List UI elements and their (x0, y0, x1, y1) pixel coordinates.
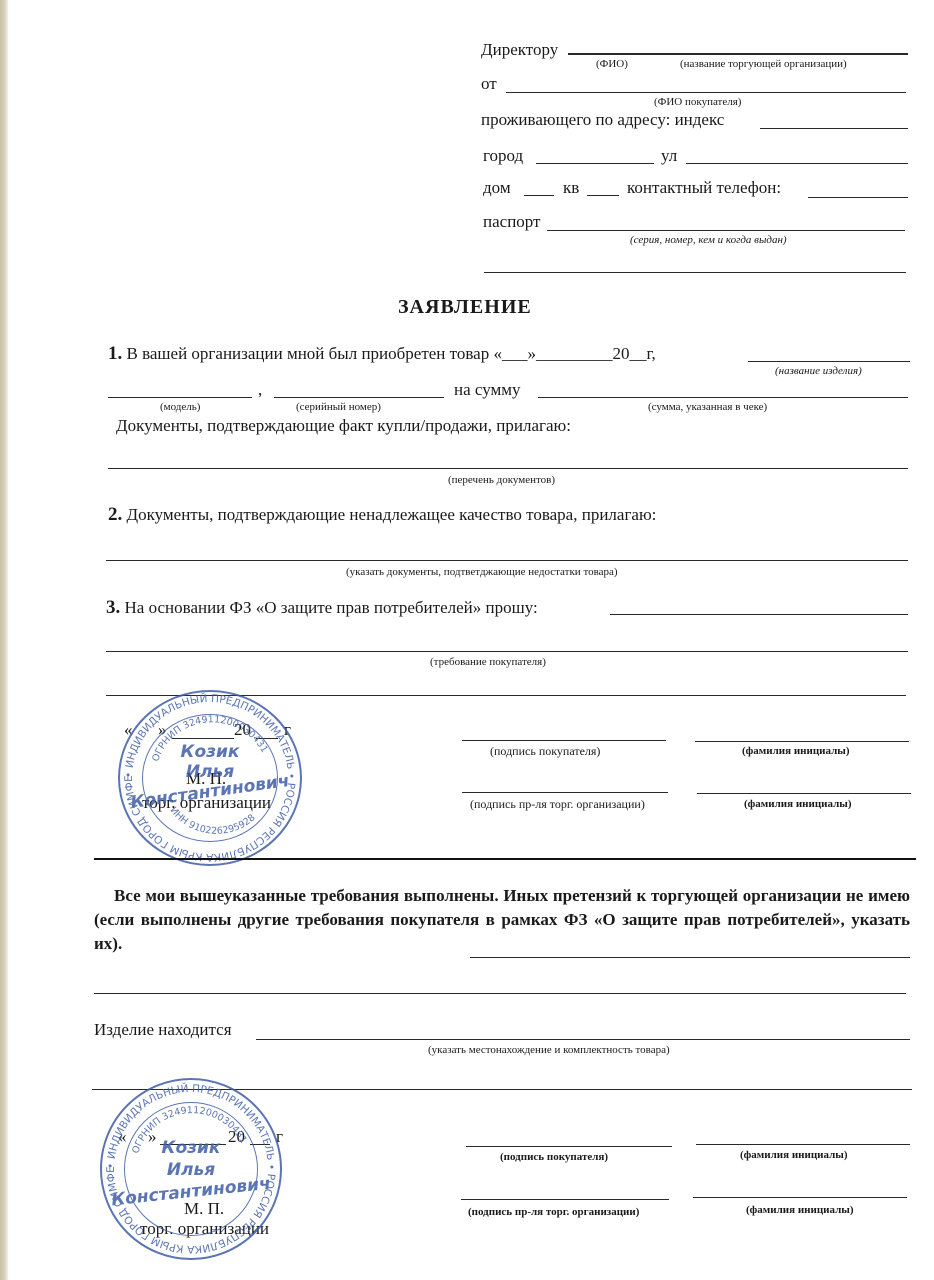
model-caption: (модель) (160, 401, 200, 413)
seal-stamp-2: • ИНДИВИДУАЛЬНЫЙ ПРЕДПРИНИМАТЕЛЬ • РОССИ… (100, 1078, 282, 1260)
buyer-name-field-1[interactable] (695, 741, 909, 742)
section3-text: 3. На основании ФЗ «О защите прав потреб… (106, 597, 538, 619)
org-signature-field-1[interactable] (462, 792, 668, 793)
seal-name-line1: Козик (102, 1138, 280, 1158)
section2-text: 2. Документы, подтверждающие ненадлежаще… (108, 504, 656, 526)
quality-docs-caption: (указать документы, подтветджающие недос… (346, 566, 618, 578)
buyer-name-field-2[interactable] (696, 1144, 910, 1145)
other-demands-field[interactable] (470, 957, 910, 958)
location-label: Изделие находится (94, 1020, 232, 1040)
purchase-docs-text: Документы, подтверждающие факт купли/про… (116, 416, 571, 436)
from-field[interactable] (506, 92, 906, 93)
from-label: от (481, 74, 497, 94)
org-signature-caption-2: (подпись пр-ля торг. организации) (468, 1206, 639, 1218)
section3-body: На основании ФЗ «О защите прав потребите… (125, 598, 538, 617)
director-label: Директору (481, 40, 558, 60)
postcode-field[interactable] (760, 128, 908, 129)
director-caption-org: (название торгующей организации) (680, 58, 847, 70)
purchase-docs-caption: (перечень документов) (448, 474, 555, 486)
closing-paragraph: Все мои вышеуказанные требования выполне… (94, 884, 910, 956)
demand-caption: (требование покупателя) (430, 656, 546, 668)
street-field[interactable] (686, 163, 908, 164)
org-signature-field-2[interactable] (461, 1199, 669, 1200)
apartment-label: кв (563, 178, 579, 198)
seal-stamp-1: • ИНДИВИДУАЛЬНЫЙ ПРЕДПРИНИМАТЕЛЬ • РОССИ… (118, 690, 302, 866)
sum-caption: (сумма, указанная в чеке) (648, 401, 767, 413)
org-name-caption-2: (фамилия инициалы) (746, 1204, 854, 1216)
location-caption: (указать местонахождение и комплектность… (428, 1044, 670, 1056)
model-field[interactable] (108, 397, 252, 398)
quality-docs-field[interactable] (106, 560, 908, 561)
city-label: город (483, 146, 523, 166)
passport-label: паспорт (483, 212, 541, 232)
seal-name-line1: Козик (120, 742, 300, 762)
director-caption-fio: (ФИО) (596, 58, 628, 70)
buyer-signature-caption-1: (подпись покупателя) (490, 744, 600, 759)
apartment-field[interactable] (587, 195, 619, 196)
comma: , (258, 380, 262, 400)
section1-purchase-text: В вашей организации мной был приобретен … (127, 344, 656, 363)
section2-body: Документы, подтверждающие ненадлежащее к… (127, 505, 657, 524)
buyer-name-caption-2: (фамилия инициалы) (740, 1149, 848, 1161)
org-signature-caption-1: (подпись пр-ля торг. организации) (470, 797, 645, 812)
org-name-caption-1: (фамилия инициалы) (744, 798, 852, 810)
passport-caption: (серия, номер, кем и когда выдан) (630, 234, 787, 246)
purchase-docs-field[interactable] (108, 468, 908, 469)
buyer-signature-field-2[interactable] (466, 1146, 672, 1147)
item-name-caption: (название изделия) (775, 365, 862, 377)
buyer-signature-field-1[interactable] (462, 740, 666, 741)
section-divider (94, 858, 916, 860)
location-field[interactable] (256, 1039, 910, 1040)
svg-text:ИНН 910226295928: ИНН 910226295928 (168, 805, 258, 837)
other-demands-field-2[interactable] (94, 993, 906, 994)
section1-text: 1. В вашей организации мной был приобрет… (108, 343, 656, 365)
serial-caption: (серийный номер) (296, 401, 381, 413)
sum-field[interactable] (538, 397, 908, 398)
house-label: дом (483, 178, 511, 198)
serial-field[interactable] (274, 397, 444, 398)
section3-number: 3. (106, 597, 120, 618)
house-field[interactable] (524, 195, 554, 196)
phone-label: контактный телефон: (627, 178, 781, 198)
passport-field-extra[interactable] (484, 272, 906, 273)
buyer-signature-caption-2: (подпись покупателя) (500, 1151, 608, 1163)
demand-field[interactable] (610, 614, 908, 615)
section1-number: 1. (108, 343, 122, 364)
phone-field[interactable] (808, 197, 908, 198)
paper-edge (0, 0, 8, 1280)
section2-number: 2. (108, 504, 122, 525)
street-label: ул (661, 146, 677, 166)
org-name-field-2[interactable] (693, 1197, 907, 1198)
sum-label: на сумму (454, 380, 521, 400)
passport-field[interactable] (547, 230, 905, 231)
item-name-field[interactable] (748, 361, 910, 362)
document-title: ЗАЯВЛЕНИЕ (398, 296, 532, 319)
city-field[interactable] (536, 163, 654, 164)
org-name-field-1[interactable] (697, 793, 911, 794)
demand-field-2[interactable] (106, 651, 908, 652)
director-field[interactable] (568, 53, 908, 55)
buyer-name-caption-1: (фамилия инициалы) (742, 745, 850, 757)
from-caption: (ФИО покупателя) (654, 96, 741, 108)
address-label: проживающего по адресу: индекс (481, 110, 724, 130)
